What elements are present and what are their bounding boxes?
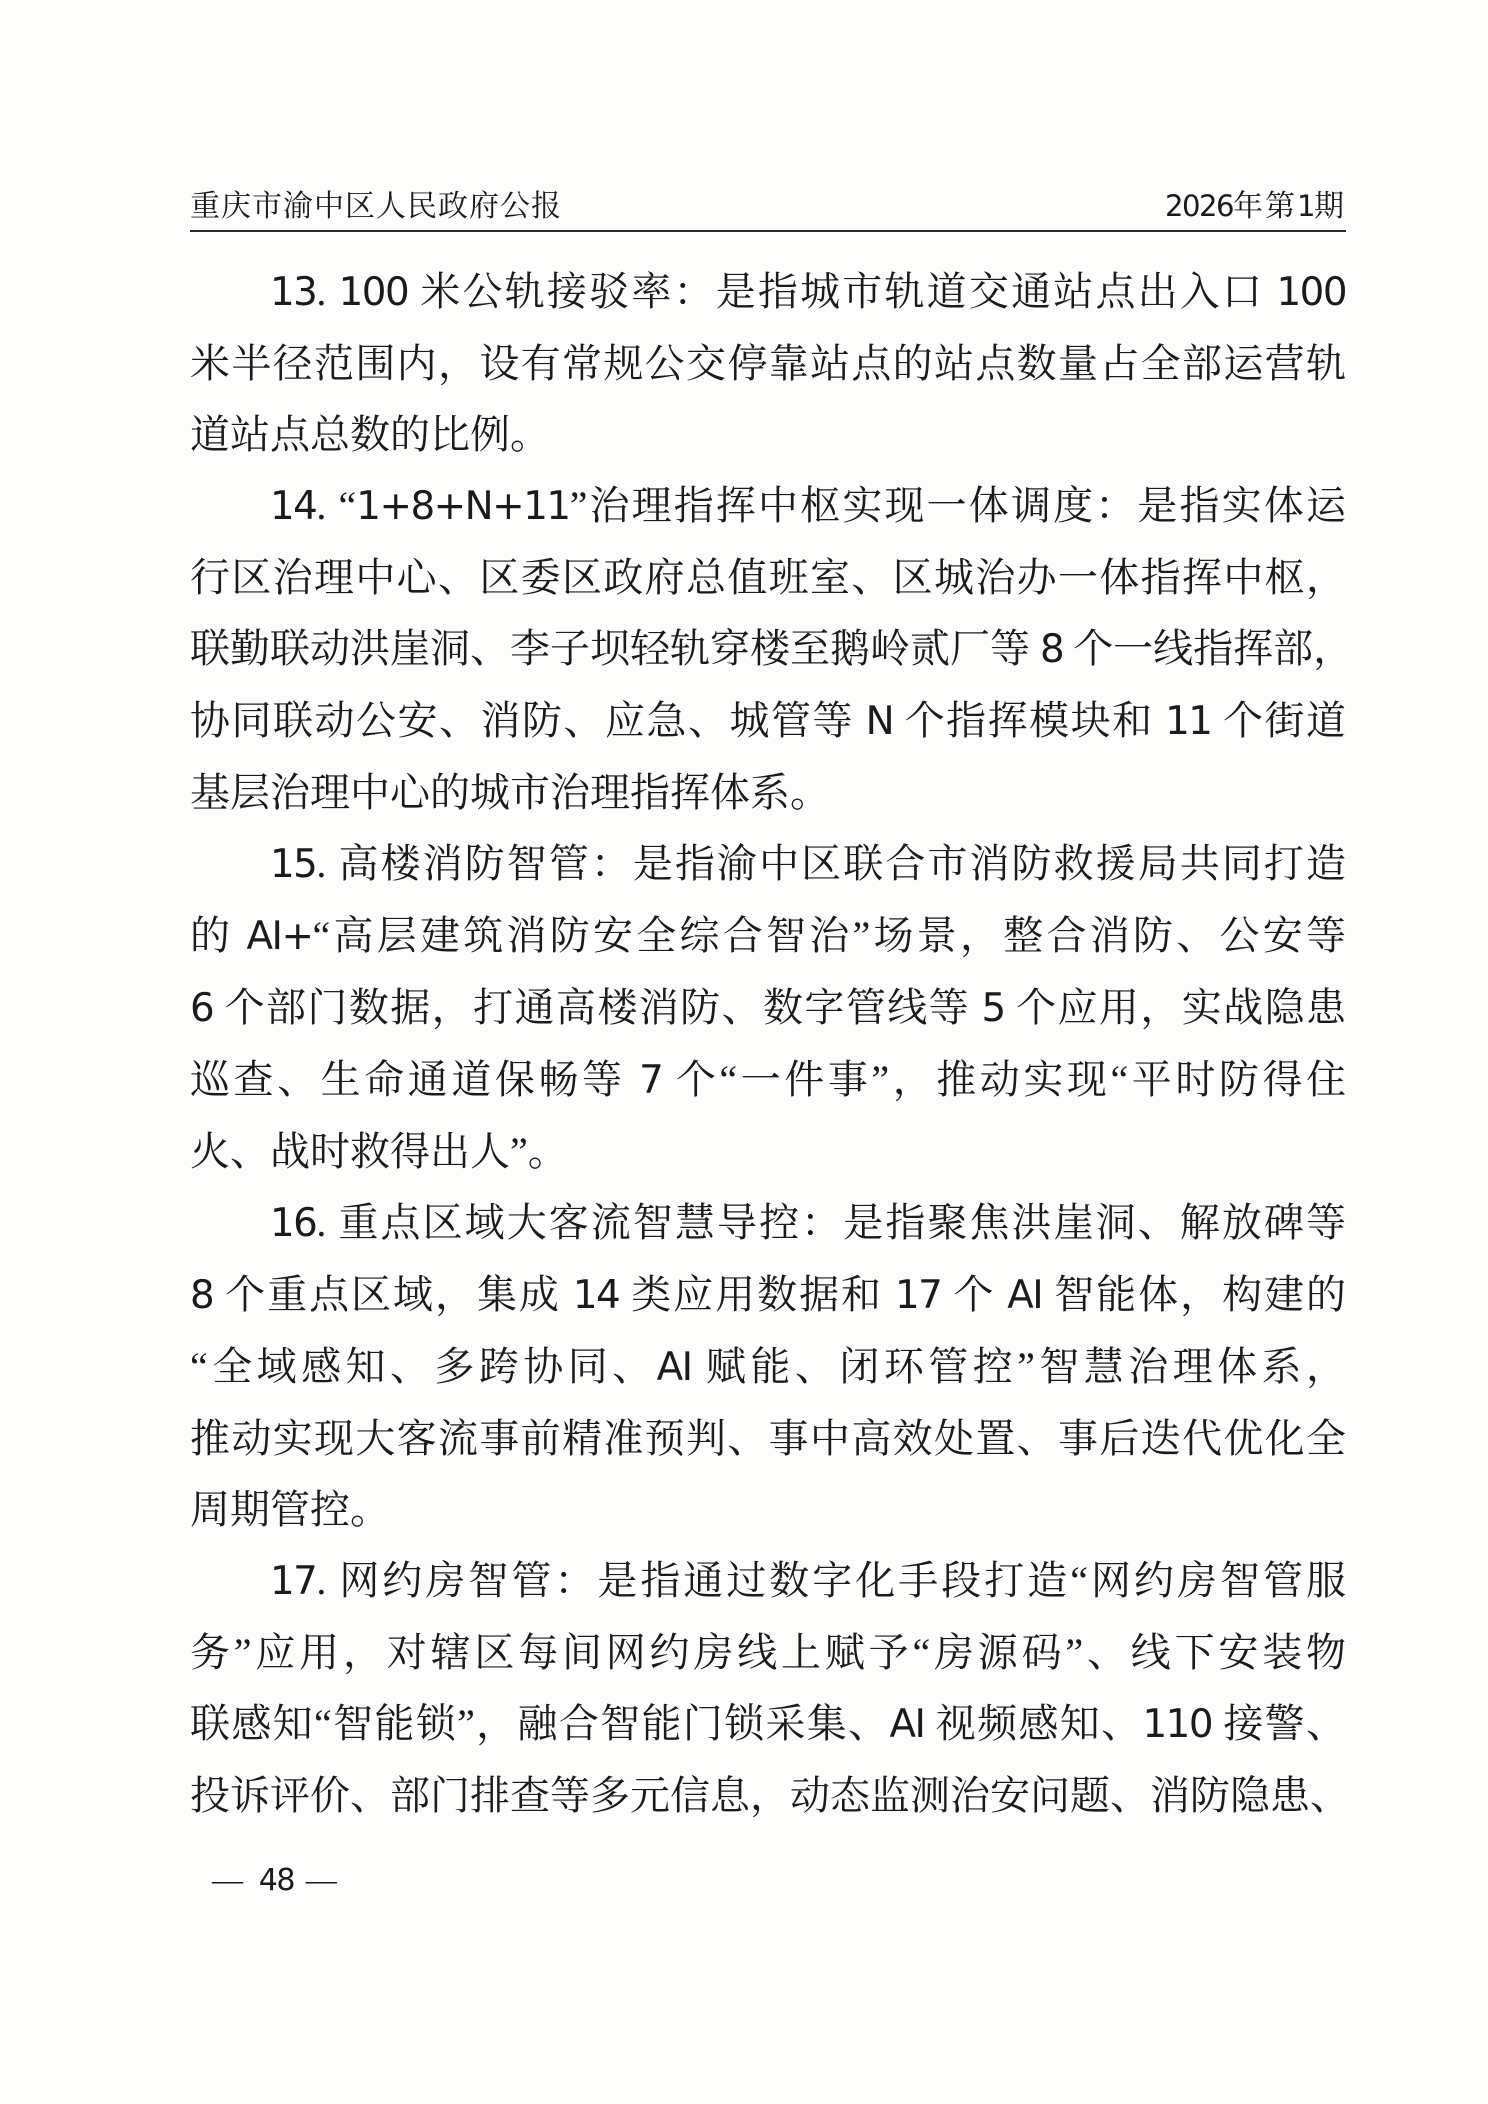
latin-numeral: 17 <box>270 1559 316 1604</box>
page-number: — 48 — <box>212 1862 341 1898</box>
page-header: 重庆市渝中区人民政府公报 2026年第1期 <box>190 181 1346 225</box>
paragraph-line: 的 AI+“高层建筑消防安全综合智治”场景，整合消防、公安等 <box>190 900 1346 972</box>
paragraph-line: 道站点总数的比例。 <box>190 399 1346 470</box>
paragraph-line: 16. 重点区域大客流智慧导控：是指聚焦洪崖洞、解放碑等 <box>190 1187 1346 1259</box>
latin-numeral: 17 <box>895 1273 941 1318</box>
paragraph-line: 投诉评价、部门排查等多元信息，动态监测治安问题、消防隐患、 <box>190 1760 1346 1831</box>
paragraph: 16. 重点区域大客流智慧导控：是指聚焦洪崖洞、解放碑等8 个重点区域，集成 1… <box>190 1187 1346 1545</box>
paragraph-line: 协同联动公安、消防、应急、城管等 N 个指挥模块和 11 个街道 <box>190 685 1346 757</box>
latin-numeral: 100 <box>339 270 409 315</box>
latin-numeral: 7 <box>639 1058 662 1103</box>
latin-numeral: 14 <box>270 484 316 529</box>
paragraph-line: 联感知“智能锁”，融合智能门锁采集、AI 视频感知、110 接警、 <box>190 1688 1346 1760</box>
paragraph-line: 6 个部门数据，打通高楼消防、数字管线等 5 个应用，实战隐患 <box>190 972 1346 1044</box>
paragraph: 14. “1+8+N+11”治理指挥中枢实现一体调度：是指实体运行区治理中心、区… <box>190 470 1346 828</box>
latin-numeral: 48 <box>259 1863 294 1898</box>
paragraph-line: 13. 100 米公轨接驳率：是指城市轨道交通站点出入口 100 <box>190 256 1346 328</box>
latin-numeral: 1 <box>1297 189 1314 223</box>
latin-numeral: 2026 <box>1165 189 1233 223</box>
paragraph-line: 周期管控。 <box>190 1474 1346 1545</box>
paragraph: 13. 100 米公轨接驳率：是指城市轨道交通站点出入口 100米半径范围内，设… <box>190 256 1346 470</box>
latin-numeral: AI <box>657 1345 692 1390</box>
paragraph-line: 米半径范围内，设有常规公交停靠站点的站点数量占全部运营轨 <box>190 328 1346 399</box>
paragraph-line: 联勤联动洪崖洞、李子坝轻轨穿楼至鹅岭贰厂等 8 个一线指挥部， <box>190 613 1346 685</box>
latin-numeral: AI <box>1007 1273 1042 1318</box>
paragraph: 17. 网约房智管：是指通过数字化手段打造“网约房智管服务”应用，对辖区每间网约… <box>190 1545 1346 1831</box>
paragraph-line: “全域感知、多跨协同、AI 赋能、闭环管控”智慧治理体系， <box>190 1331 1346 1403</box>
paragraph-line: 14. “1+8+N+11”治理指挥中枢实现一体调度：是指实体运 <box>190 470 1346 542</box>
latin-numeral: 15 <box>270 842 316 887</box>
paragraph-line: 行区治理中心、区委区政府总值班室、区城治办一体指挥中枢， <box>190 542 1346 613</box>
latin-numeral: 110 <box>1142 1702 1212 1747</box>
journal-title: 重庆市渝中区人民政府公报 <box>190 181 562 225</box>
paragraph-line: 火、战时救得出人”。 <box>190 1116 1346 1187</box>
latin-numeral: 13 <box>270 270 316 315</box>
gazette-page: 重庆市渝中区人民政府公报 2026年第1期 13. 100 米公轨接驳率：是指城… <box>0 0 1488 2104</box>
latin-numeral: 5 <box>982 986 1005 1031</box>
latin-numeral: 11 <box>1165 699 1211 744</box>
latin-numeral: AI+ <box>247 914 313 959</box>
issue-label: 2026年第1期 <box>1165 181 1346 225</box>
latin-numeral: 16 <box>270 1201 316 1246</box>
paragraph-line: 17. 网约房智管：是指通过数字化手段打造“网约房智管服 <box>190 1545 1346 1617</box>
paragraph-line: 15. 高楼消防智管：是指渝中区联合市消防救援局共同打造 <box>190 828 1346 900</box>
latin-numeral: 14 <box>573 1273 619 1318</box>
latin-numeral: 8 <box>190 1273 213 1318</box>
latin-numeral: AI <box>889 1702 924 1747</box>
latin-numeral: 6 <box>190 986 213 1031</box>
latin-numeral: 100 <box>1276 270 1346 315</box>
paragraph-line: 8 个重点区域，集成 14 类应用数据和 17 个 AI 智能体，构建的 <box>190 1259 1346 1331</box>
document-body: 13. 100 米公轨接驳率：是指城市轨道交通站点出入口 100米半径范围内，设… <box>190 256 1346 1831</box>
latin-numeral: N <box>866 699 894 744</box>
paragraph-line: 务”应用，对辖区每间网约房线上赋予“房源码”、线下安装物 <box>190 1617 1346 1688</box>
paragraph-line: 巡查、生命通道保畅等 7 个“一件事”，推动实现“平时防得住 <box>190 1044 1346 1116</box>
latin-numeral: 1+8+N+11 <box>356 484 569 529</box>
header-divider <box>190 230 1346 232</box>
paragraph-line: 基层治理中心的城市治理指挥体系。 <box>190 757 1346 828</box>
paragraph-line: 推动实现大客流事前精准预判、事中高效处置、事后迭代优化全 <box>190 1403 1346 1474</box>
latin-numeral: 8 <box>1040 627 1063 672</box>
paragraph: 15. 高楼消防智管：是指渝中区联合市消防救援局共同打造的 AI+“高层建筑消防… <box>190 828 1346 1187</box>
